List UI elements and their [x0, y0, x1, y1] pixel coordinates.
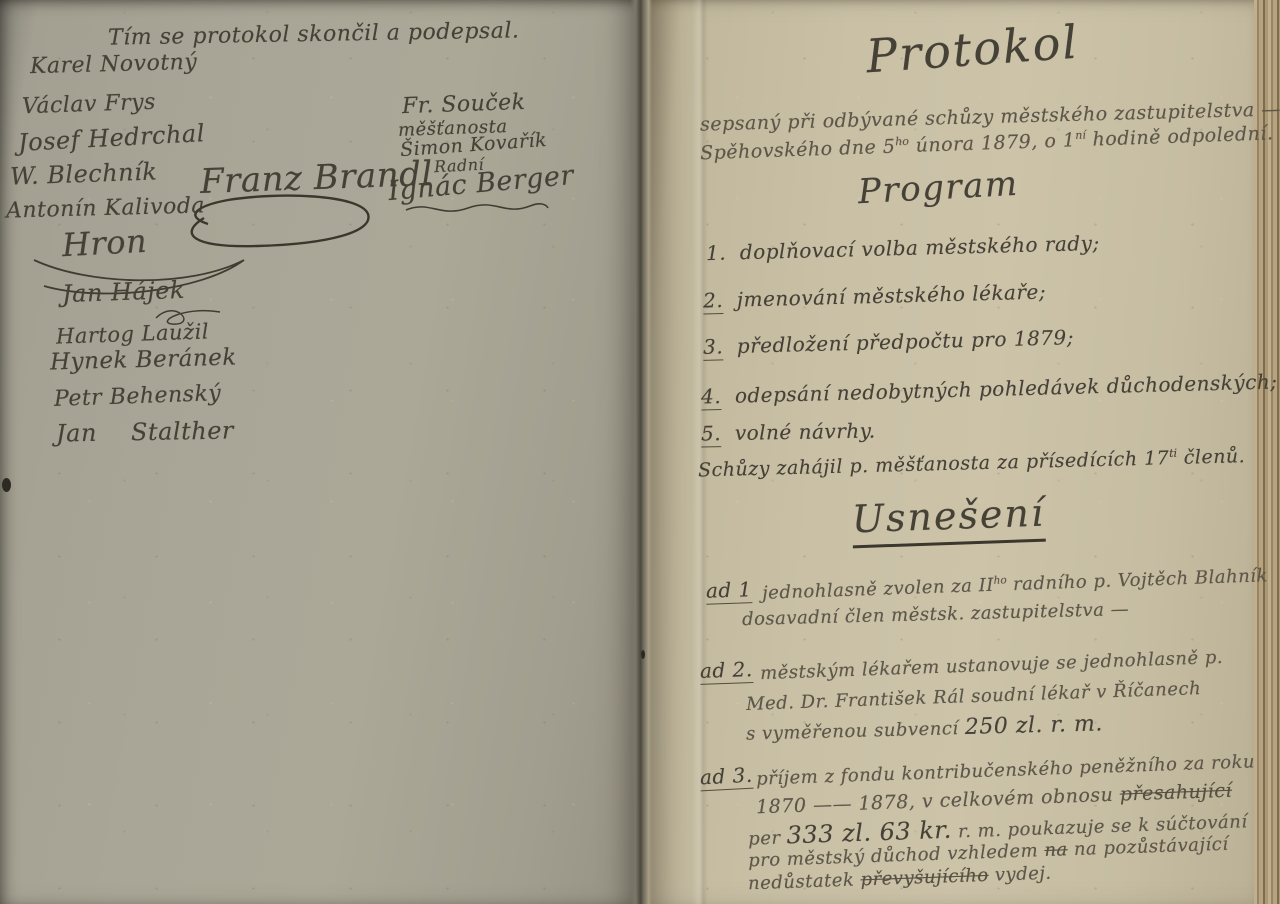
ad3-per: per	[748, 827, 787, 849]
brandl-flourish	[168, 190, 378, 252]
signature-w-blechnik: W. Blechník	[10, 157, 158, 190]
program-item-3-number: 3.	[703, 334, 724, 361]
photo-speck	[641, 650, 645, 659]
ad2-amount: 250 zl. r. m.	[965, 711, 1104, 740]
ad3-label: ad 3.	[699, 763, 753, 792]
signature-karel-novotny: Karel Novotný	[30, 50, 198, 79]
book-binding-gutter	[630, 0, 652, 904]
ad3-text-f: vydej.	[988, 863, 1052, 886]
ad3-struck-word-3: převyšujícího	[860, 865, 989, 890]
intro-sup-ho: ho	[895, 135, 909, 148]
ad1-sup: ho	[993, 574, 1006, 586]
program-item-5: 5. volné návrhy.	[701, 418, 876, 445]
signature-fr-soucek: Fr. Souček	[402, 90, 526, 119]
ad2-text: s vyměřenou subvencí	[746, 718, 965, 745]
ad2-label: ad 2.	[700, 657, 754, 685]
intro-sup-ni: ní	[1075, 129, 1086, 142]
signature-jan-stalther: Jan Stalther	[56, 416, 234, 447]
photo-speck	[2, 478, 11, 492]
program-heading: Program	[857, 164, 1020, 212]
ad1-label: ad 1	[706, 577, 753, 605]
signature-hynek-beranek: Hynek Beránek	[50, 345, 237, 376]
manuscript-photo: Tím se protokol skončil a podepsal. Kare…	[0, 0, 1280, 904]
attendance-text-end: členů.	[1177, 445, 1246, 469]
signature-vaclav-frys: Václav Frys	[22, 90, 157, 120]
program-item-2-number: 2.	[703, 288, 724, 315]
ad3-struck-word-1: přesahující	[1119, 780, 1232, 806]
program-item-1-number: 1.	[706, 241, 727, 266]
ad3-text-e: nedůstatek	[748, 869, 861, 894]
program-item-4-number: 4.	[701, 384, 722, 411]
program-item-5-text: volné návrhy.	[735, 418, 876, 444]
ad3-struck-word-2: na	[1044, 839, 1068, 861]
berger-squiggle	[402, 196, 552, 222]
program-item-5-number: 5.	[701, 421, 722, 447]
resolution-heading: Usnešení	[851, 491, 1046, 549]
